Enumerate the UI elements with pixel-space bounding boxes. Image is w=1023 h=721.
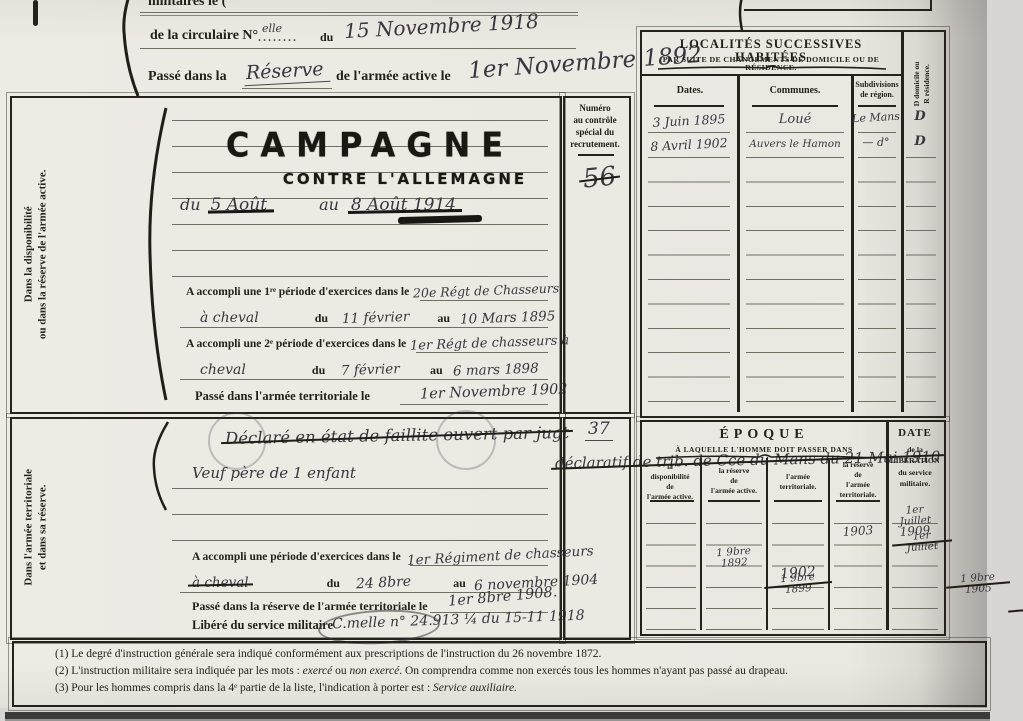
campaign-date-start: 5 Août: [211, 197, 268, 214]
circulaire-label: de la circulaire N°: [150, 29, 258, 43]
ruled-line: [858, 132, 896, 133]
footnote-3: (3) Pour les hommes compris dans la 4ᵉ p…: [55, 683, 517, 695]
footnote-2-part: . On comprendra comme non exercés tous l…: [399, 665, 788, 677]
ruled-line: [172, 540, 548, 541]
localites-dr-divider: [901, 30, 904, 412]
epoque-col3-header: l'armée territoriale.: [769, 472, 827, 492]
ruled-line: [420, 300, 548, 301]
header-underline: [836, 500, 880, 502]
numero-value-56: 56: [582, 163, 618, 192]
top-section-brace: [118, 0, 142, 98]
epoque-col4-rules: [834, 503, 882, 630]
territoriale-label: Passé dans l'armée territoriale le: [195, 390, 370, 403]
localites-row-subdivision: Le Mans: [852, 111, 901, 124]
passe-reserve-handwritten: Réserve: [243, 60, 330, 86]
top-right-brace-fragment: [734, 0, 750, 34]
localites-row-commune: Auvers le Hamon: [740, 139, 850, 150]
period2-line2: cheval du 7 février au 6 mars 1898: [200, 363, 538, 378]
footnote-2-exerce: exercé: [303, 665, 333, 677]
ruled-line: [140, 48, 576, 49]
period1-line2: à cheval du 11 février au 10 Mars 1895: [200, 311, 555, 326]
campaign-date-end: 8 Août 1914: [351, 197, 456, 214]
localites-col-dates: Dates.: [646, 86, 734, 96]
epoque-col1-header: la disponibilité de l'armée active.: [641, 462, 699, 502]
passe-reserve-label-2: de l'armée active le: [336, 70, 451, 84]
header-underline: [858, 105, 896, 107]
period1-line1: A accompli une 1ʳᵉ période d'exercices d…: [186, 285, 559, 299]
period2-du-label: du: [312, 364, 325, 376]
campaign-au: au: [319, 197, 339, 213]
ruled-line: [746, 132, 844, 133]
footnote-2-part: (2) L'instruction militaire sera indiqué…: [55, 665, 303, 677]
epoque-date-header-rest: de la LIBÉRATION du service militaire.: [890, 444, 940, 489]
empty-rows-dates: [648, 158, 730, 405]
footnote-2-non-exerce: non exercé: [350, 665, 400, 677]
epoque-col4-header: la réserve de l'armée territoriale.: [831, 460, 885, 500]
ruled-line: [400, 404, 548, 405]
section2-brace: [150, 420, 170, 512]
period2-date-start: 7 février: [341, 363, 400, 379]
territorial-period-line1: A accompli une période d'exercices dans …: [192, 550, 593, 564]
footnote-2-part: ou: [332, 665, 349, 677]
ruled-line: [172, 514, 548, 515]
footnote-1: (1) Le degré d'instruction générale sera…: [55, 649, 601, 661]
territorial-date-start: 24 8bre: [356, 575, 412, 592]
campaign-dates-line: du 5 Août au 8 Août 1914: [180, 197, 456, 214]
top-right-box-line: [744, 9, 932, 11]
footnote-3-service-auxiliaire: Service auxiliaire.: [433, 682, 517, 694]
period2-unit-handwritten: 1er Régt de chasseurs à: [410, 334, 570, 353]
ruled-line: [416, 352, 548, 353]
numero-header-underline: [578, 154, 614, 156]
ruled-line: [172, 276, 548, 277]
header-underline: [708, 500, 760, 502]
territorial-du-label: du: [327, 577, 340, 589]
localites-header-divider: [640, 74, 901, 76]
localites-col-subdivisions: Subdivisions de région.: [854, 80, 900, 101]
territorial-au-label: au: [453, 577, 466, 589]
localites-row-commune: Loué: [742, 113, 848, 126]
period2-date-end: 6 mars 1898: [452, 363, 538, 379]
circulaire-dotted-fill: ........: [258, 31, 298, 43]
period1-unit-handwritten: 20e Régt de Chasseurs: [413, 282, 560, 300]
numero-value-37: 37: [585, 421, 613, 441]
section1-side-label: Dans la disponibilité ou dans la réserve…: [22, 119, 51, 389]
ruled-line: [242, 88, 332, 89]
epoque-value: 1908: [1012, 599, 1023, 616]
top-left-brace-fragment: [33, 0, 38, 26]
header-underline: [650, 500, 694, 502]
section1-brace: [146, 104, 168, 404]
localites-row-dr: D: [906, 110, 934, 123]
ruled-line: [648, 132, 730, 133]
footnote-3-part: (3) Pour les hommes compris dans la 4ᵉ p…: [55, 682, 433, 694]
empty-rows-communes: [746, 158, 844, 405]
section2-side-label: Dans l'armée territoriale et dans sa rés…: [22, 422, 51, 632]
ruled-line: [172, 488, 548, 489]
empty-rows-dr: [906, 158, 936, 405]
period1-label: A accompli une 1ʳᵉ période d'exercices d…: [186, 287, 409, 299]
ruled-line: [172, 120, 548, 121]
epoque-date-header-title: DATE: [890, 428, 940, 439]
veuf-line-handwritten: Veuf père de 1 enfant: [192, 466, 356, 481]
epoque-col1-rules: [646, 503, 696, 630]
contre-allemagne-stamp: CONTRE L'ALLEMAGNE: [280, 172, 530, 187]
period1-unit2-handwritten: à cheval: [200, 311, 259, 325]
libere-label: Libéré du service militaire: [192, 619, 333, 632]
localites-col-divider-1: [737, 74, 740, 412]
epoque-value: 1 9bre 1905: [949, 571, 1006, 596]
header-underline: [774, 500, 822, 502]
ruled-line: [172, 250, 548, 251]
period1-date-start: 11 février: [342, 311, 410, 327]
ruled-line: [172, 224, 548, 225]
circulaire-du-label: du: [320, 31, 333, 43]
territorial-period-label: A accompli une période d'exercices dans …: [192, 552, 401, 564]
period2-au-label: au: [430, 364, 443, 376]
ruled-line: [410, 565, 548, 566]
period1-du-label: du: [315, 312, 328, 324]
epoque-col2-header: la réserve de l'armée active.: [703, 466, 765, 496]
campaign-du: du: [180, 197, 201, 213]
footnote-2: (2) L'instruction militaire sera indiqué…: [55, 666, 788, 678]
numero-column-header: Numéro au contrôle spécial du recrutemen…: [566, 102, 624, 151]
campagne-stamp: CAMPAGNE: [225, 128, 515, 162]
epoque-date-col-divider: [886, 420, 889, 630]
numero-column2-box: [563, 417, 631, 640]
top-right-box-edge: [930, 0, 932, 10]
militaires-partial-line: militaires le (: [148, 0, 226, 9]
header-underline: [654, 105, 724, 107]
empty-rows-subdivisions: [858, 158, 896, 405]
period2-label: A accompli une 2ᵉ période d'exercices da…: [186, 339, 406, 351]
ruled-line: [180, 379, 548, 380]
localites-row-subdivision: — d°: [852, 137, 900, 148]
epoque-title: ÉPOQUE: [646, 428, 882, 442]
territorial-period-unit2-struck: à cheval: [192, 577, 249, 591]
period1-au-label: au: [437, 312, 450, 324]
localites-row-dr: D: [906, 135, 934, 148]
period2-unit2-handwritten: cheval: [200, 363, 246, 377]
localites-col-communes: Communes.: [744, 86, 846, 96]
scanned-military-record-page: militaires le ( de la circulaire N° elle…: [0, 0, 1023, 721]
passe-reserve-label-1: Passé dans la: [148, 70, 227, 84]
next-page-edge-band: [5, 712, 990, 719]
header-underline: [752, 105, 838, 107]
localites-header-squiggle: [656, 62, 888, 72]
period2-line1: A accompli une 2ᵉ période d'exercices da…: [186, 337, 570, 351]
epoque-value: 1 9bre 1892: [701, 545, 766, 570]
ruled-line: [180, 327, 548, 328]
period1-date-end: 10 Mars 1895: [460, 310, 556, 327]
